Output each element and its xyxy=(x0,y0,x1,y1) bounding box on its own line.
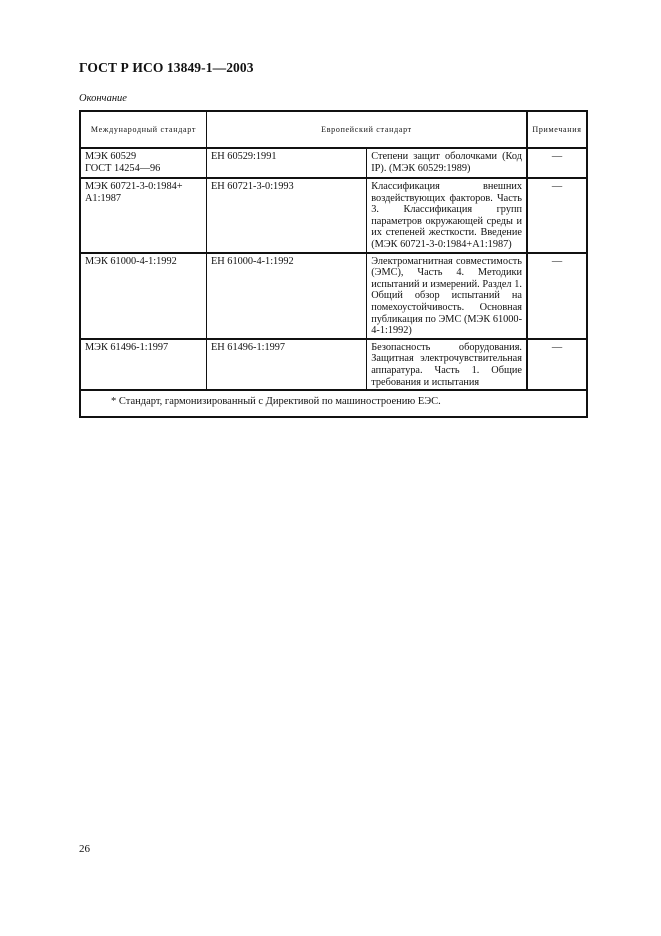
table-header-row: Международный стандарт Европейский станд… xyxy=(80,111,587,148)
cell-european-code: ЕН 61000-4-1:1992 xyxy=(207,253,367,339)
cell-note: — xyxy=(527,339,587,390)
header-international-standard: Международный стандарт xyxy=(80,111,207,148)
cell-european-code: ЕН 60721-3-0:1993 xyxy=(207,178,367,253)
cell-note: — xyxy=(527,253,587,339)
cell-european-title: Степени защит оболочками (Код IP). (МЭК … xyxy=(367,148,527,178)
page-number: 26 xyxy=(79,843,90,855)
header-european-standard: Европейский стандарт xyxy=(207,111,528,148)
cell-european-title: Классификация внешних воздействующих фак… xyxy=(367,178,527,253)
table-row: МЭК 60529 ГОСТ 14254—96 ЕН 60529:1991 Ст… xyxy=(80,148,587,178)
table-footnote-row: * Стандарт, гармонизированный с Директив… xyxy=(80,390,587,417)
table-footnote: * Стандарт, гармонизированный с Директив… xyxy=(80,390,587,417)
document-title: ГОСТ Р ИСО 13849-1—2003 xyxy=(79,60,254,76)
cell-international: МЭК 61496-1:1997 xyxy=(80,339,207,390)
cell-note: — xyxy=(527,148,587,178)
cell-international: МЭК 60529 ГОСТ 14254—96 xyxy=(80,148,207,178)
table-caption: Окончание xyxy=(79,93,127,104)
cell-note: — xyxy=(527,178,587,253)
table-row: МЭК 61000-4-1:1992 ЕН 61000-4-1:1992 Эле… xyxy=(80,253,587,339)
cell-european-code: ЕН 61496-1:1997 xyxy=(207,339,367,390)
table-row: МЭК 61496-1:1997 ЕН 61496-1:1997 Безопас… xyxy=(80,339,587,390)
cell-european-code: ЕН 60529:1991 xyxy=(207,148,367,178)
cell-european-title: Безопасность оборудования. Защитная элек… xyxy=(367,339,527,390)
table-row: МЭК 60721-3-0:1984+ А1:1987 ЕН 60721-3-0… xyxy=(80,178,587,253)
cell-european-title: Электромагнитная совместимость (ЭМС), Ча… xyxy=(367,253,527,339)
cell-international: МЭК 60721-3-0:1984+ А1:1987 xyxy=(80,178,207,253)
standards-table: Международный стандарт Европейский станд… xyxy=(79,110,588,418)
header-notes: Примечания xyxy=(527,111,587,148)
cell-international: МЭК 61000-4-1:1992 xyxy=(80,253,207,339)
